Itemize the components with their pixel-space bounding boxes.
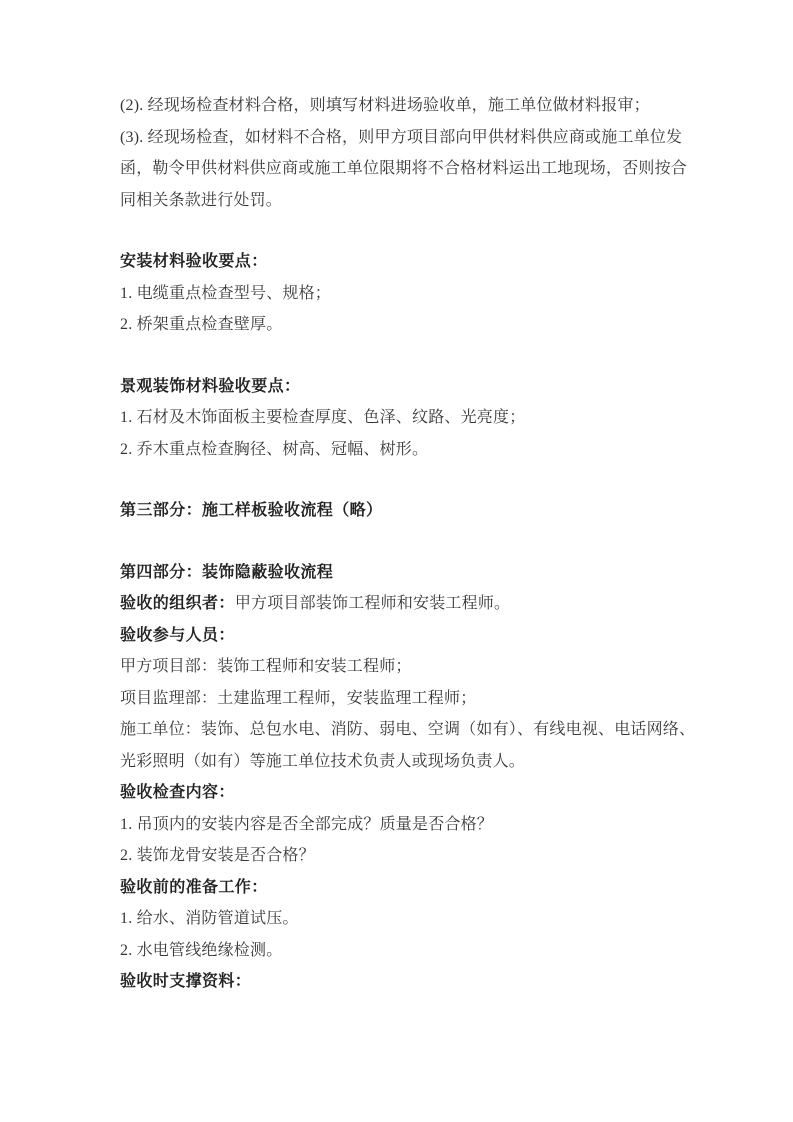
paragraph-line: 1. 吊顶内的安装内容是否全部完成？质量是否合格？ <box>120 809 680 841</box>
section-heading: 验收参与人员： <box>120 620 680 652</box>
heading-text: 验收时支撑资料： <box>120 966 680 998</box>
paragraph: (2). 经现场检查材料合格，则填写材料进场验收单，施工单位做材料报审； <box>120 90 680 122</box>
paragraph: (3). 经现场检查，如材料不合格，则甲方项目部向甲供材料供应商或施工单位发函，… <box>120 122 680 217</box>
paragraph: 1. 石材及木饰面板主要检查厚度、色泽、纹路、光亮度； <box>120 402 680 434</box>
section-heading: 景观装饰材料验收要点： <box>120 371 680 403</box>
heading-text: 第四部分：装饰隐蔽验收流程 <box>120 557 680 589</box>
paragraph: 项目监理部：土建监理工程师，安装监理工程师； <box>120 683 680 715</box>
paragraph: 甲方项目部：装饰工程师和安装工程师； <box>120 651 680 683</box>
section-heading: 第四部分：装饰隐蔽验收流程 <box>120 557 680 589</box>
paragraph-line: (2). 经现场检查材料合格，则填写材料进场验收单，施工单位做材料报审； <box>120 90 680 122</box>
heading-text: 景观装饰材料验收要点： <box>120 371 680 403</box>
heading-text: 验收参与人员： <box>120 620 680 652</box>
paragraph-line: 甲方项目部：装饰工程师和安装工程师； <box>120 651 680 683</box>
section-heading: 验收前的准备工作： <box>120 872 680 904</box>
heading-text: 验收前的准备工作： <box>120 872 680 904</box>
paragraph: 1. 电缆重点检查型号、规格； <box>120 278 680 310</box>
paragraph-line: 1. 石材及木饰面板主要检查厚度、色泽、纹路、光亮度； <box>120 402 680 434</box>
paragraph: 验收的组织者：甲方项目部装饰工程师和安装工程师。 <box>120 588 680 620</box>
paragraph-line: 项目监理部：土建监理工程师，安装监理工程师； <box>120 683 680 715</box>
paragraph: 2. 水电管线绝缘检测。 <box>120 935 680 967</box>
paragraph: 施工单位：装饰、总包水电、消防、弱电、空调（如有）、有线电视、电话网络、光彩照明… <box>120 714 680 777</box>
paragraph: 1. 吊顶内的安装内容是否全部完成？质量是否合格？ <box>120 809 680 841</box>
document-body: (2). 经现场检查材料合格，则填写材料进场验收单，施工单位做材料报审；(3).… <box>120 90 680 998</box>
document-page: (2). 经现场检查材料合格，则填写材料进场验收单，施工单位做材料报审；(3).… <box>0 0 793 1122</box>
paragraph-lead: 验收的组织者： <box>120 595 235 612</box>
paragraph: 2. 桥架重点检查壁厚。 <box>120 309 680 341</box>
section-heading: 验收检查内容： <box>120 777 680 809</box>
paragraph-line: 2. 桥架重点检查壁厚。 <box>120 309 680 341</box>
heading-text: 第三部分：施工样板验收流程（略） <box>120 495 680 527</box>
paragraph-line: 2. 乔木重点检查胸径、树高、冠幅、树形。 <box>120 434 680 466</box>
section-heading: 第三部分：施工样板验收流程（略） <box>120 495 680 527</box>
section-heading: 验收时支撑资料： <box>120 966 680 998</box>
heading-text: 安装材料验收要点： <box>120 246 680 278</box>
paragraph-line: 函，勒令甲供材料供应商或施工单位限期将不合格材料运出工地现场，否则按合 <box>120 153 680 185</box>
paragraph: 2. 乔木重点检查胸径、树高、冠幅、树形。 <box>120 434 680 466</box>
paragraph-text: 甲方项目部装饰工程师和安装工程师。 <box>235 595 510 612</box>
paragraph-line: 2. 装饰龙骨安装是否合格？ <box>120 840 680 872</box>
paragraph: 2. 装饰龙骨安装是否合格？ <box>120 840 680 872</box>
paragraph-line: 光彩照明（如有）等施工单位技术负责人或现场负责人。 <box>120 746 680 778</box>
paragraph-line: 1. 给水、消防管道试压。 <box>120 903 680 935</box>
section-heading: 安装材料验收要点： <box>120 246 680 278</box>
paragraph-line: 同相关条款进行处罚。 <box>120 185 680 217</box>
paragraph-line: 2. 水电管线绝缘检测。 <box>120 935 680 967</box>
paragraph-line: 施工单位：装饰、总包水电、消防、弱电、空调（如有）、有线电视、电话网络、 <box>120 714 680 746</box>
heading-text: 验收检查内容： <box>120 777 680 809</box>
paragraph: 1. 给水、消防管道试压。 <box>120 903 680 935</box>
paragraph-line: 1. 电缆重点检查型号、规格； <box>120 278 680 310</box>
paragraph-line: (3). 经现场检查，如材料不合格，则甲方项目部向甲供材料供应商或施工单位发 <box>120 122 680 154</box>
paragraph-line: 验收的组织者：甲方项目部装饰工程师和安装工程师。 <box>120 588 680 620</box>
